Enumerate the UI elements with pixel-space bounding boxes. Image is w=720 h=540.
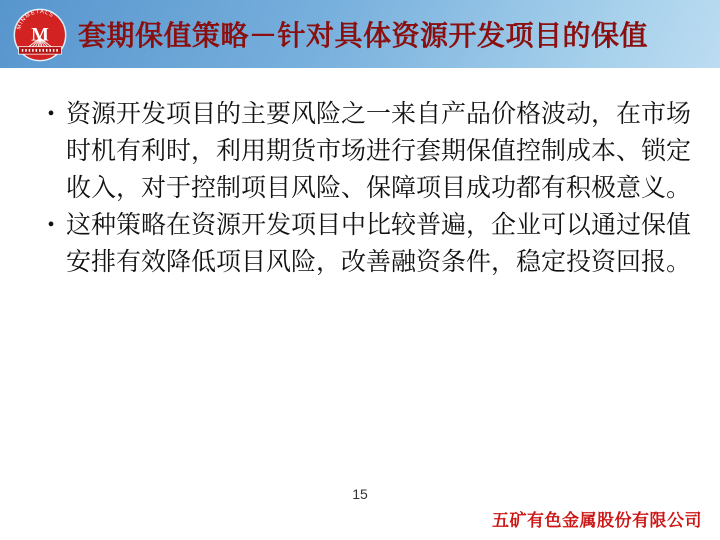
page-number: 15 [352,486,368,502]
minmetals-logo-icon: MINMETALS M [12,7,68,63]
bullet-text: 这种策略在资源开发项目中比较普遍，企业可以通过保值安排有效降低项目风险，改善融资… [66,207,694,281]
bullet-icon: • [36,96,66,133]
presentation-slide: MINMETALS M [0,0,720,540]
bullet-item: • 这种策略在资源开发项目中比较普遍，企业可以通过保值安排有效降低项目风险，改善… [36,207,696,281]
company-logo-icon: MINMETALS M [12,7,68,63]
slide-title: 套期保值策略－针对具体资源开发项目的保值 [78,0,710,68]
bullet-icon: • [36,207,66,244]
header-band: MINMETALS M [0,0,720,68]
bullet-text: 资源开发项目的主要风险之一来自产品价格波动，在市场时机有利时，利用期货市场进行套… [66,96,694,207]
footer-company-name: 五矿有色金属股份有限公司 [492,506,702,531]
bullet-list: • 资源开发项目的主要风险之一来自产品价格波动，在市场时机有利时，利用期货市场进… [36,96,696,281]
logo-monogram: M [31,25,49,46]
bullet-item: • 资源开发项目的主要风险之一来自产品价格波动，在市场时机有利时，利用期货市场进… [36,96,696,207]
